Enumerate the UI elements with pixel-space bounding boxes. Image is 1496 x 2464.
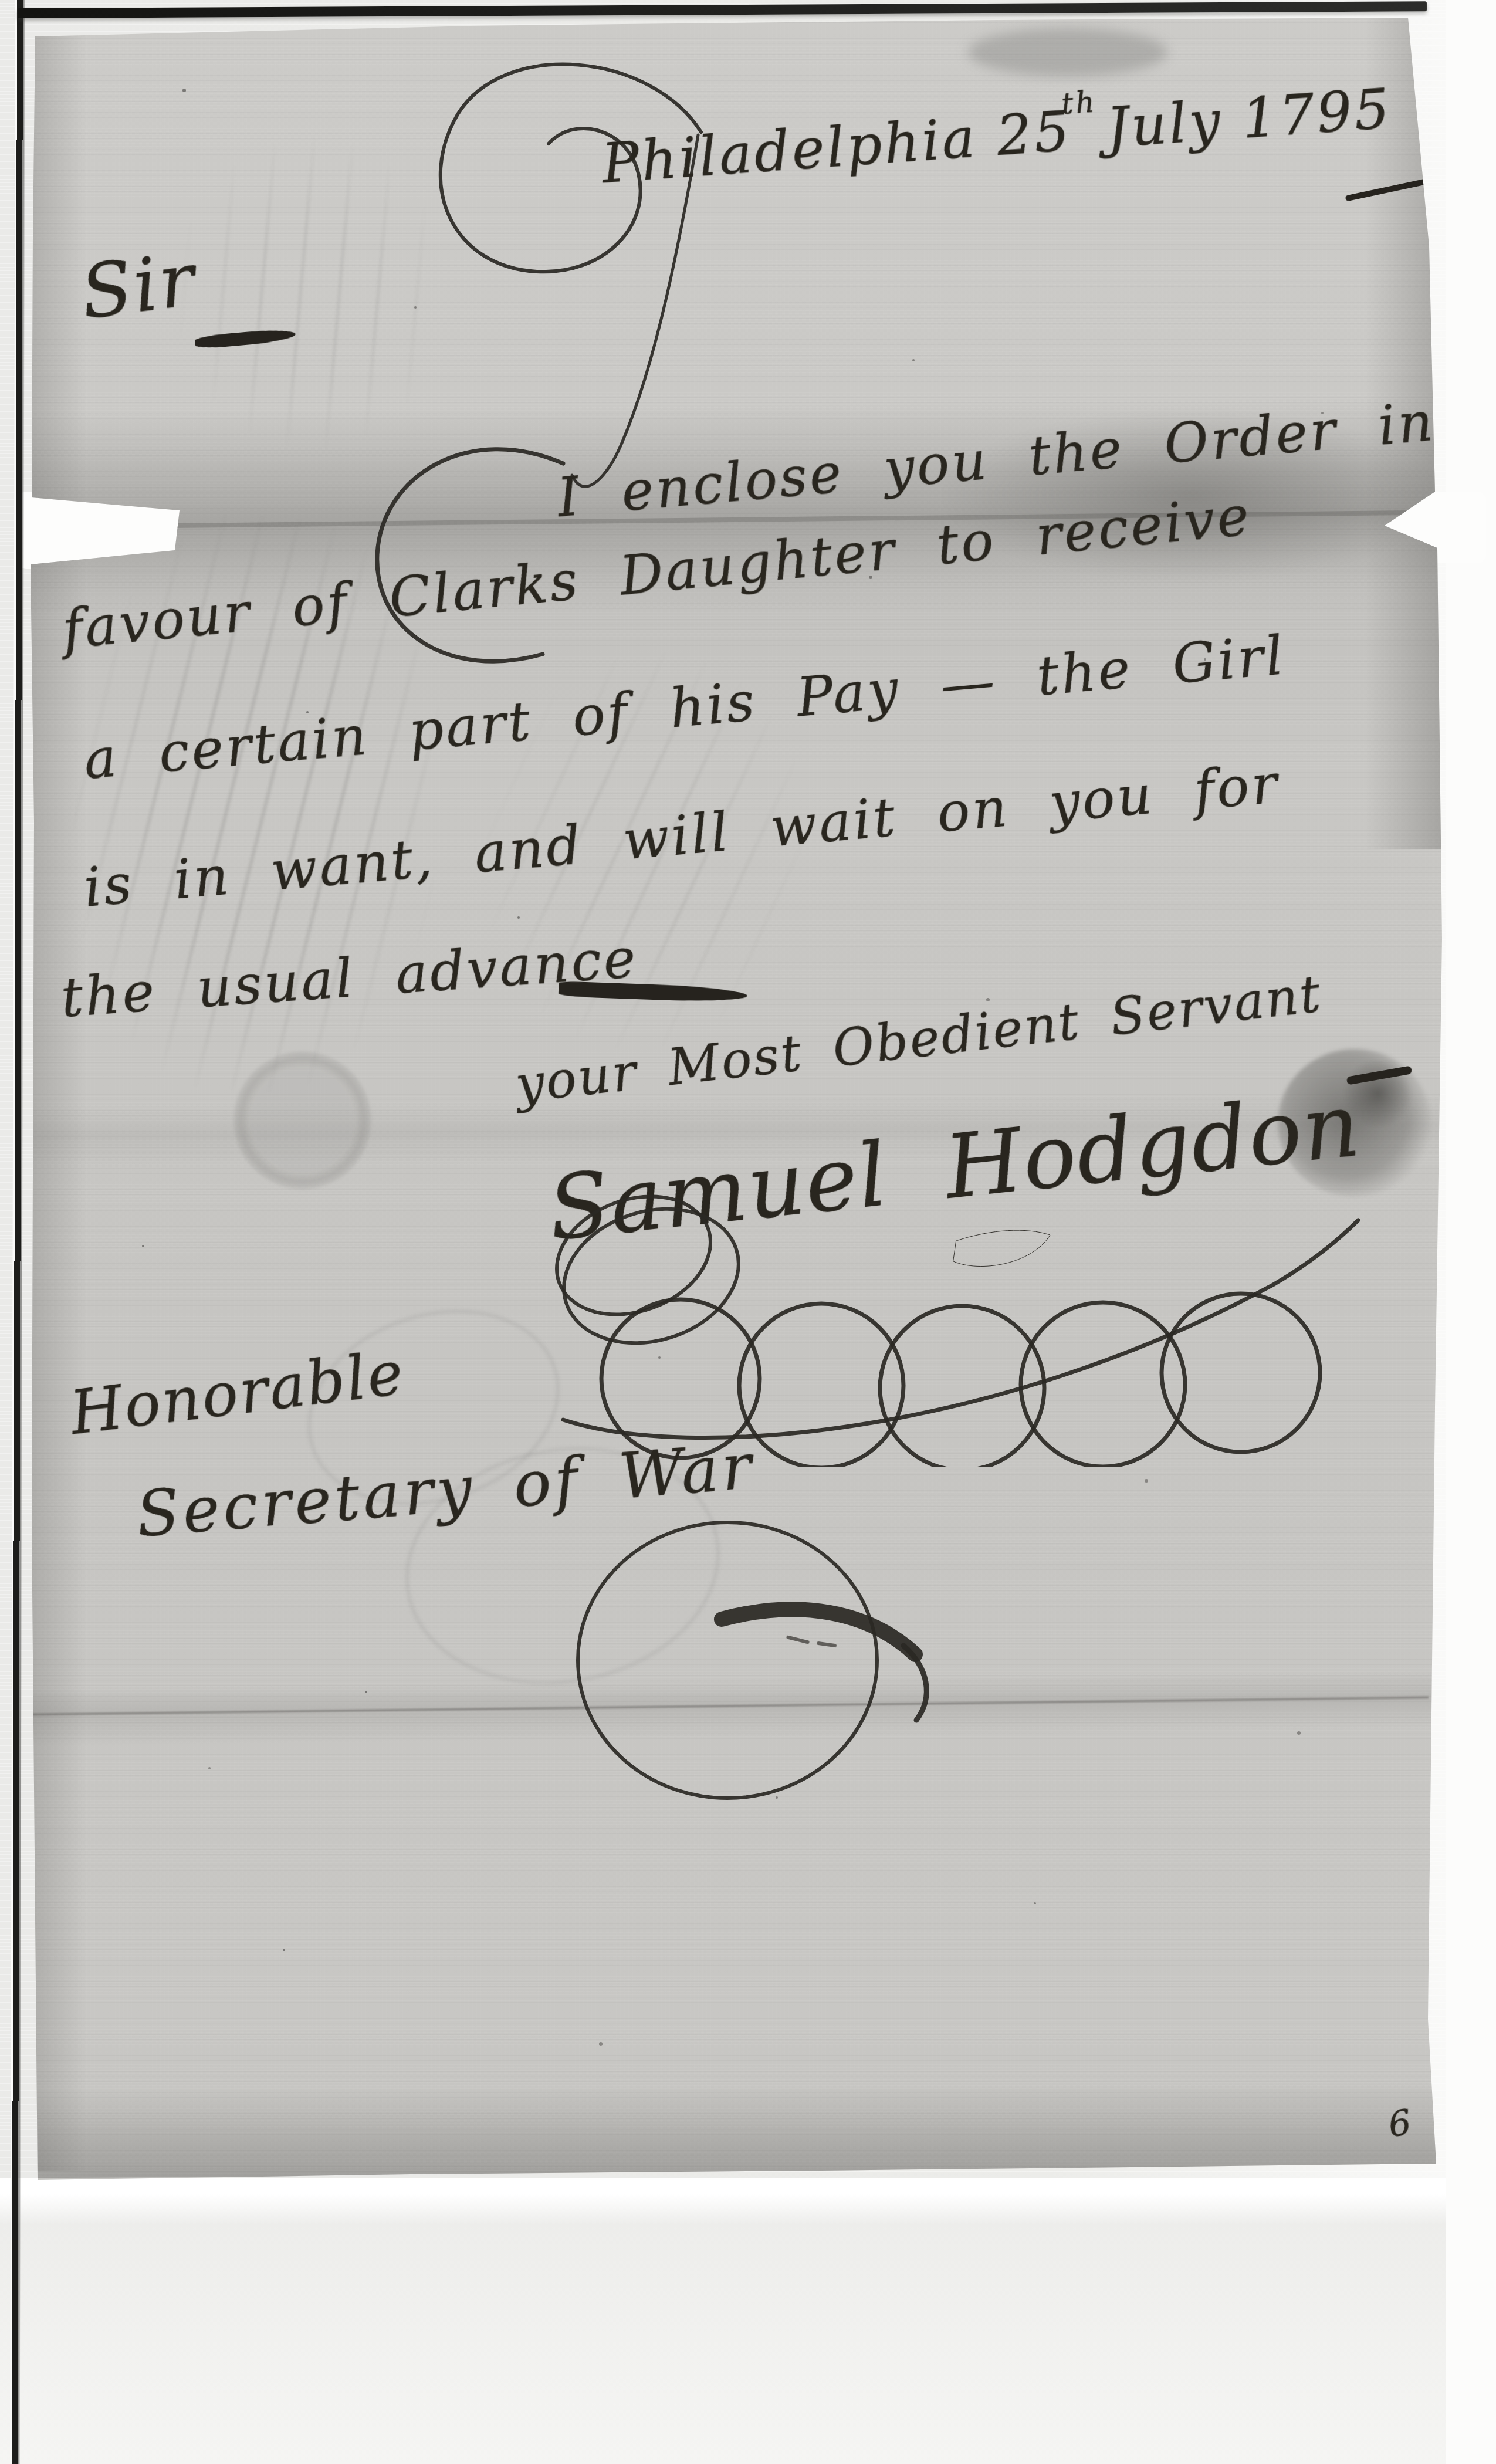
scanner-bed-right-strip <box>1446 0 1496 2464</box>
signature-loops-flourish <box>546 1185 1379 1467</box>
bottom-edge-shading <box>23 2083 1444 2178</box>
left-edge-shading <box>31 35 86 2171</box>
scanned-letter-page: Philadelphia 25th July 1795 Sir I enclos… <box>0 0 1496 2464</box>
address-flourish <box>493 1484 950 1813</box>
scanner-bed-bottom-strip <box>0 2178 1496 2464</box>
salutation: Sir <box>76 236 201 336</box>
top-smudge-stain <box>968 28 1167 76</box>
letter-sheet: Philadelphia 25th July 1795 Sir I enclos… <box>0 0 1496 2464</box>
dateline-day-suffix: th <box>1060 84 1098 121</box>
